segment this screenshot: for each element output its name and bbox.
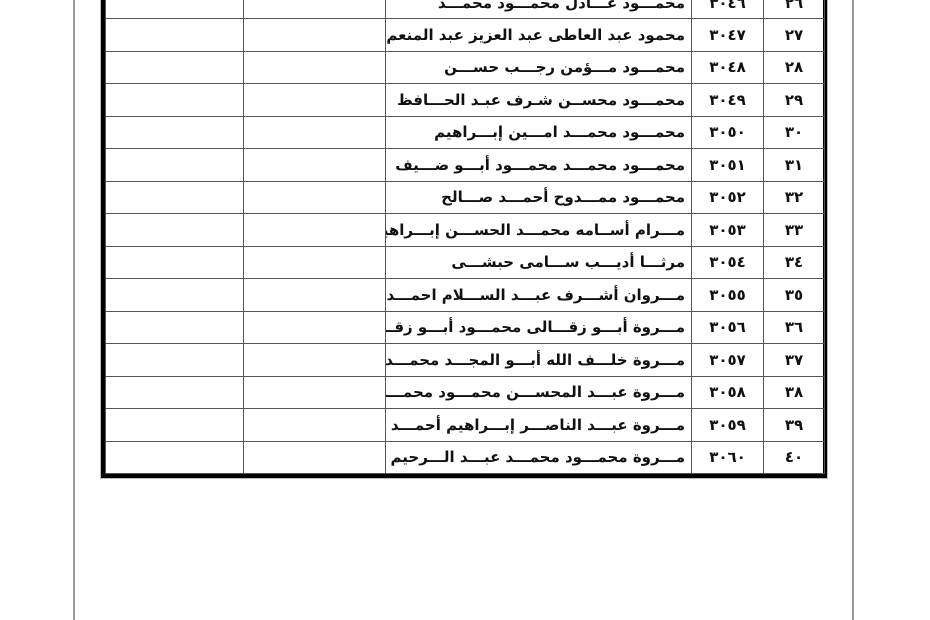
seat-number: ٣٠٦٠ (692, 441, 764, 474)
row-number: ٣٥ (764, 279, 825, 312)
table-row: ٣٦٣٠٥٦مـــروة أبـــو زقـــالى محمـــود أ… (106, 311, 825, 344)
row-number: ٣٣ (764, 214, 825, 247)
row-number: ٣١ (764, 149, 825, 182)
blank-cell (244, 409, 386, 442)
blank-cell (244, 149, 386, 182)
student-name: مـــروة عبـــد الناصـــر إبـــراهيم أحمـ… (386, 409, 692, 442)
seat-number: ٣٠٥٠ (692, 116, 764, 149)
table-row: ٢٧٣٠٤٧محمود عبد العاطى عبد العزيز عبد ال… (106, 19, 825, 52)
blank-cell (244, 376, 386, 409)
table-row: ٢٨٣٠٤٨محمـــود مـــؤمن رجـــب حســـن (106, 51, 825, 84)
table-row: ٣١٣٠٥١محمـــود محمـــد محمـــود أبـــو ض… (106, 149, 825, 182)
table-row: ٢٩٣٠٤٩محمـــود محســن شـرف عبـد الحـــاف… (106, 84, 825, 117)
seat-number: ٣٠٤٨ (692, 51, 764, 84)
row-number: ٢٦ (764, 0, 825, 19)
student-name: محمـــود عـــادل محمـــود محمـــد (386, 0, 692, 19)
page-edge-right (852, 0, 854, 620)
blank-cell (106, 409, 244, 442)
blank-cell (244, 181, 386, 214)
seat-number: ٣٠٥٦ (692, 311, 764, 344)
student-name: محمـــود محمـــد امـــين إبـــراهيم (386, 116, 692, 149)
student-name: محمود عبد العاطى عبد العزيز عبد المنعم (386, 19, 692, 52)
student-name: مـــرام أســامه محمـــد الحســـن إبـــرا… (386, 214, 692, 247)
seat-number: ٣٠٥٨ (692, 376, 764, 409)
row-number: ٣٢ (764, 181, 825, 214)
row-number: ٢٨ (764, 51, 825, 84)
blank-cell (244, 246, 386, 279)
blank-cell (106, 116, 244, 149)
blank-cell (244, 441, 386, 474)
table-body: ٢٦٣٠٤٦محمـــود عـــادل محمـــود محمـــد٢… (106, 0, 825, 474)
blank-cell (244, 279, 386, 312)
seat-number: ٣٠٤٧ (692, 19, 764, 52)
row-number: ٣٨ (764, 376, 825, 409)
seat-number: ٣٠٥٣ (692, 214, 764, 247)
row-number: ٢٩ (764, 84, 825, 117)
blank-cell (244, 0, 386, 19)
blank-cell (106, 214, 244, 247)
table-row: ٣٥٣٠٥٥مـــروان أشـــرف عبـــد الســـلام … (106, 279, 825, 312)
student-name: محمـــود محســن شـرف عبـد الحـــافظ (386, 84, 692, 117)
seat-number: ٣٠٥٩ (692, 409, 764, 442)
row-number: ٣٩ (764, 409, 825, 442)
student-name: محمـــود ممـــدوح أحمـــد صـــالح (386, 181, 692, 214)
seat-number: ٣٠٥٤ (692, 246, 764, 279)
blank-cell (106, 149, 244, 182)
table-row: ٣٨٣٠٥٨مـــروة عبـــد المحســـن محمـــود … (106, 376, 825, 409)
table-row: ٢٦٣٠٤٦محمـــود عـــادل محمـــود محمـــد (106, 0, 825, 19)
student-name: مـــروان أشـــرف عبـــد الســـلام احمـــ… (386, 279, 692, 312)
table-row: ٣٧٣٠٥٧مـــروة خلـــف الله أبـــو المجـــ… (106, 344, 825, 377)
row-number: ٣٠ (764, 116, 825, 149)
student-name: محمـــود محمـــد محمـــود أبـــو ضـــيف (386, 149, 692, 182)
seat-number: ٣٠٤٩ (692, 84, 764, 117)
student-name: محمـــود مـــؤمن رجـــب حســـن (386, 51, 692, 84)
row-number: ٢٧ (764, 19, 825, 52)
blank-cell (244, 51, 386, 84)
table-row: ٣٣٣٠٥٣مـــرام أســامه محمـــد الحســـن إ… (106, 214, 825, 247)
blank-cell (106, 311, 244, 344)
blank-cell (106, 181, 244, 214)
seat-number: ٣٠٥٢ (692, 181, 764, 214)
blank-cell (106, 51, 244, 84)
row-number: ٣٦ (764, 311, 825, 344)
row-number: ٣٤ (764, 246, 825, 279)
blank-cell (106, 246, 244, 279)
blank-cell (106, 19, 244, 52)
blank-cell (244, 116, 386, 149)
blank-cell (106, 84, 244, 117)
table-row: ٤٠٣٠٦٠مـــروة محمـــود محمـــد عبـــد ال… (106, 441, 825, 474)
blank-cell (106, 376, 244, 409)
blank-cell (106, 279, 244, 312)
row-number: ٤٠ (764, 441, 825, 474)
table-row: ٣٩٣٠٥٩مـــروة عبـــد الناصـــر إبـــراهي… (106, 409, 825, 442)
blank-cell (244, 19, 386, 52)
student-name: مـــروة خلـــف الله أبـــو المجـــد محمـ… (386, 344, 692, 377)
blank-cell (244, 84, 386, 117)
blank-cell (244, 344, 386, 377)
table-row: ٣٢٣٠٥٢محمـــود ممـــدوح أحمـــد صـــالح (106, 181, 825, 214)
blank-cell (244, 214, 386, 247)
student-name: مـــروة أبـــو زقـــالى محمـــود أبـــو … (386, 311, 692, 344)
table-row: ٣٤٣٠٥٤مرثـــا أديـــب ســـامى حبشـــى (106, 246, 825, 279)
student-name: مـــروة عبـــد المحســـن محمـــود محمـــ… (386, 376, 692, 409)
seat-number: ٣٠٥٥ (692, 279, 764, 312)
seat-number: ٣٠٤٦ (692, 0, 764, 19)
seat-number: ٣٠٥٧ (692, 344, 764, 377)
page-edge-left (73, 0, 75, 620)
student-name: مـــروة محمـــود محمـــد عبـــد الـــرحي… (386, 441, 692, 474)
seat-number: ٣٠٥١ (692, 149, 764, 182)
blank-cell (106, 344, 244, 377)
student-name: مرثـــا أديـــب ســـامى حبشـــى (386, 246, 692, 279)
student-list-table: ٢٦٣٠٤٦محمـــود عـــادل محمـــود محمـــد٢… (101, 0, 827, 478)
student-table: ٢٦٣٠٤٦محمـــود عـــادل محمـــود محمـــد٢… (105, 0, 825, 474)
table-row: ٣٠٣٠٥٠محمـــود محمـــد امـــين إبـــراهي… (106, 116, 825, 149)
blank-cell (244, 311, 386, 344)
blank-cell (106, 441, 244, 474)
blank-cell (106, 0, 244, 19)
row-number: ٣٧ (764, 344, 825, 377)
